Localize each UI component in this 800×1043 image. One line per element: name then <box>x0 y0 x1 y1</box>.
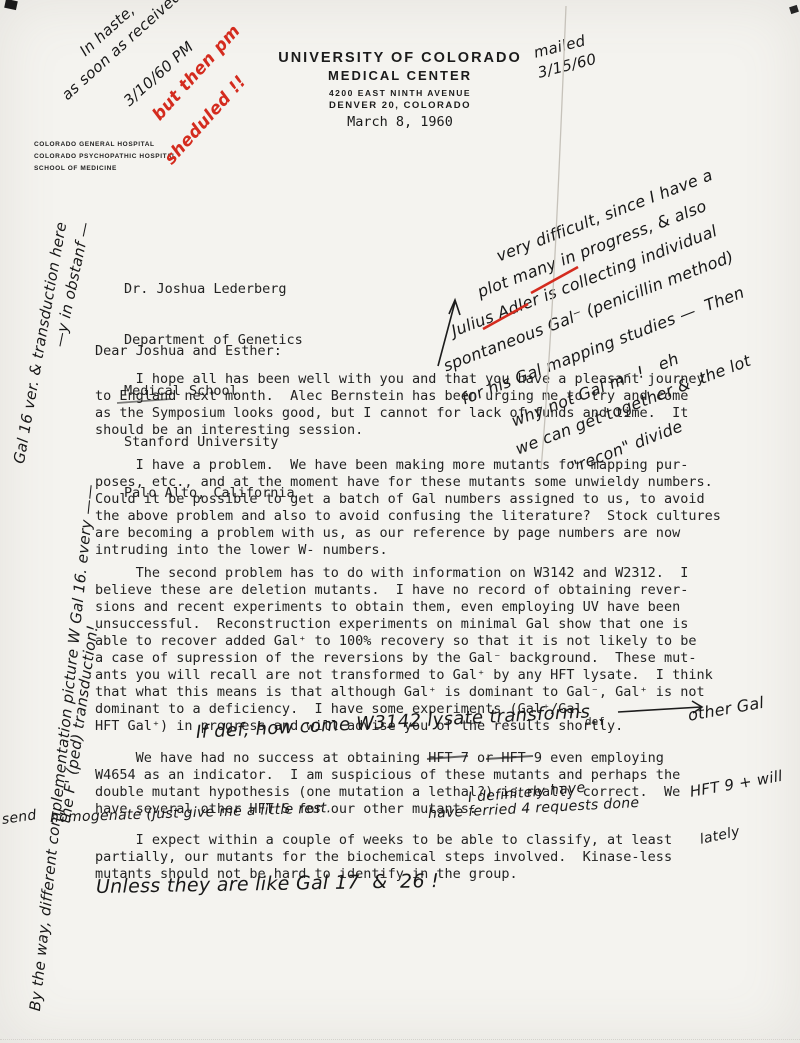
letterhead-institutions: COLORADO GENERAL HOSPITAL COLORADO PSYCH… <box>34 139 177 175</box>
letter-date: March 8, 1960 <box>250 114 550 130</box>
letterhead: UNIVERSITY OF COLORADO MEDICAL CENTER 42… <box>250 50 550 130</box>
paragraph-3: The second problem has to do with inform… <box>95 565 713 735</box>
institution-line: COLORADO PSYCHOPATHIC HOSPITAL <box>34 151 177 163</box>
paragraph-2: I have a problem. We have been making mo… <box>95 457 721 559</box>
page-corner-mark-left <box>4 0 18 10</box>
page-bottom-edge <box>0 1039 800 1040</box>
letterhead-medical-center: MEDICAL CENTER <box>250 68 550 83</box>
institution-line: COLORADO GENERAL HOSPITAL <box>34 139 177 151</box>
handwritten-hft9-note: HFT 9 + will <box>688 767 784 801</box>
annotation-arrowhead <box>449 300 460 315</box>
handwritten-unless-note: Unless they are like Gal 17 & 26 ! <box>96 870 440 898</box>
handwritten-lately-note: lately <box>698 824 741 848</box>
letterhead-university: UNIVERSITY OF COLORADO <box>250 50 550 66</box>
letterhead-city: DENVER 20, COLORADO <box>250 100 550 111</box>
handwritten-send-note: send <box>1 807 38 828</box>
paragraph-1: I hope all has been well with you and th… <box>95 371 705 439</box>
salutation: Dear Joshua and Esther: <box>95 343 282 360</box>
recipient-line: Dr. Joshua Lederberg <box>124 281 303 298</box>
margin-note-lower: By the way, different complementation pi… <box>26 483 99 1012</box>
letterhead-address: 4200 EAST NINTH AVENUE <box>250 88 550 98</box>
scanned-letter-page: UNIVERSITY OF COLORADO MEDICAL CENTER 42… <box>0 0 800 1043</box>
page-corner-mark-right <box>789 5 799 14</box>
institution-line: SCHOOL OF MEDICINE <box>34 163 177 175</box>
